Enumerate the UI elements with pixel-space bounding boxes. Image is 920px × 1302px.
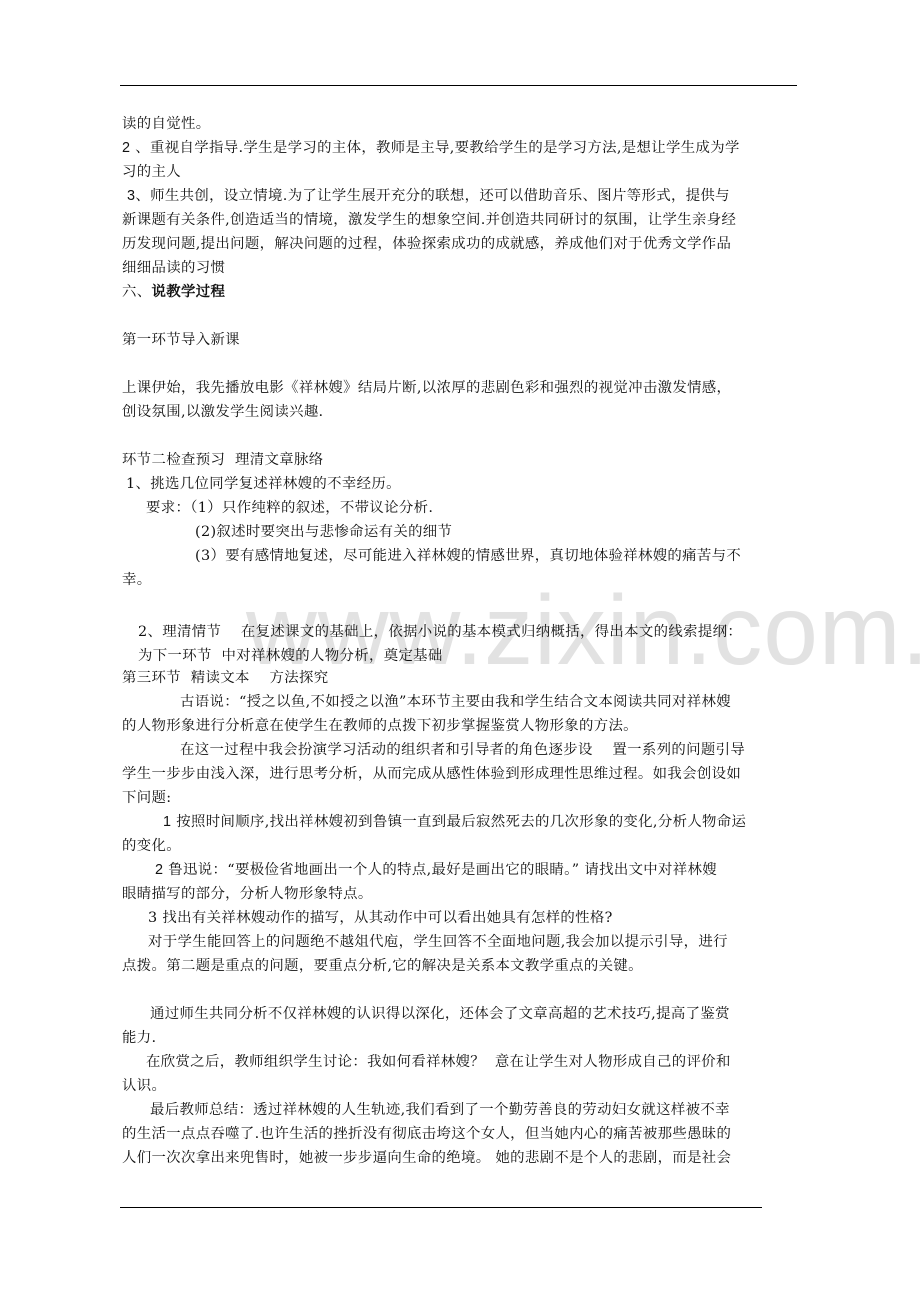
line-text: 的变化。: [122, 838, 181, 854]
line-text: 下问题:: [122, 790, 171, 806]
text-line: 新课题有关条件,创造适当的情境，激发学生的想象空间.并创造共同研讨的氛围，让学生…: [122, 208, 736, 232]
line-text: 在欣赏之后，教师组织学生讨论：我如何看祥林嫂？ 意在让学生对人物形成自己的评价和: [146, 1054, 731, 1070]
line-text: 的人物形象进行分析意在使学生在教师的点拨下初步掌握鉴赏人物形象的方法。: [122, 718, 638, 734]
text-line: 上课伊始，我先播放电影《祥林嫂》结局片断,以浓厚的悲剧色彩和强烈的视觉冲击激发情…: [122, 376, 731, 400]
line-text: 点拨。第二题是重点的问题，要重点分析,它的解决是关系本文教学重点的关键。: [122, 958, 643, 974]
line-text: 的生活一点点吞噬了.也许生活的挫折没有彻底击垮这个女人，但当她内心的痛苦被那些愚…: [122, 1126, 731, 1142]
text-line: 的人物形象进行分析意在使学生在教师的点拨下初步掌握鉴赏人物形象的方法。: [122, 714, 638, 738]
line-text: 1、挑选几位同学复述祥林嫂的不幸经历。: [126, 476, 401, 492]
text-line: 的生活一点点吞噬了.也许生活的挫折没有彻底击垮这个女人，但当她内心的痛苦被那些愚…: [122, 1122, 731, 1146]
text-line: 最后教师总结：透过祥林嫂的人生轨迹,我们看到了一个勤劳善良的劳动妇女就这样被不幸: [150, 1098, 730, 1122]
line-text: (3）要有感情地复述，尽可能进入祥林嫂的情感世界，真切地体验祥林嫂的痛苦与不: [195, 548, 741, 564]
line-text: 为下一环节 中对祥林嫂的人物分析，奠定基础: [138, 648, 443, 664]
text-line: 3、师生共创，设立情境.为了让学生展开充分的联想，还可以借助音乐、图片等形式，提…: [127, 184, 730, 208]
text-line: 古语说：“授之以鱼,不如授之以渔”本环节主要由我和学生结合文本阅读共同对祥林嫂: [180, 690, 731, 714]
line-text: 最后教师总结：透过祥林嫂的人生轨迹,我们看到了一个勤劳善良的劳动妇女就这样被不幸: [150, 1102, 730, 1118]
line-text: 3 找出有关祥林嫂动作的描写，从其动作中可以看出她具有怎样的性格?: [148, 910, 613, 926]
line-text: 创设氛围,以激发学生阅读兴趣.: [122, 404, 323, 420]
line-text: (2)叙述时要突出与悲惨命运有关的细节: [195, 524, 452, 540]
text-line: 眼睛描写的部分，分析人物形象特点。: [122, 882, 373, 906]
line-text: 上课伊始，我先播放电影《祥林嫂》结局片断,以浓厚的悲剧色彩和强烈的视觉冲击激发情…: [122, 380, 731, 396]
line-text: 通过师生共同分析不仅祥林嫂的认识得以深化，还体会了文章高超的艺术技巧,提高了鉴赏: [150, 1006, 730, 1022]
text-line: 对于学生能回答上的问题绝不越俎代庖，学生回答不全面地问题,我会加以提示引导，进行: [148, 930, 728, 954]
line-text: 眼睛描写的部分，分析人物形象特点。: [122, 886, 373, 902]
line-text: 在这一过程中我会扮演学习活动的组织者和引导者的角色逐步设 置一系列的问题引导: [180, 742, 745, 758]
line-text: 习的主人: [122, 164, 181, 180]
text-line: 3 找出有关祥林嫂动作的描写，从其动作中可以看出她具有怎样的性格?: [148, 906, 613, 930]
text-line: 要求：（1）只作纯粹的叙述，不带议论分析.: [146, 496, 433, 520]
document-page: 读的自觉性。2 、重视自学指导.学生是学习的主体，教师是主导,要教给学生的是学习…: [0, 0, 920, 1302]
section-number: 六、: [122, 284, 151, 300]
section-heading: 说教学过程: [151, 283, 225, 300]
text-line: 1 按照时间顺序,找出祥林嫂初到鲁镇一直到最后寂然死去的几次形象的变化,分析人物…: [163, 810, 746, 834]
line-text: 人们一次次拿出来兜售时，她被一步步逼向生命的绝境。 她的悲剧不是个人的悲剧，而是…: [122, 1150, 731, 1166]
line-text: 能力.: [122, 1030, 156, 1046]
text-line: 细细品读的习惯: [122, 256, 225, 280]
text-line: 通过师生共同分析不仅祥林嫂的认识得以深化，还体会了文章高超的艺术技巧,提高了鉴赏: [150, 1002, 730, 1026]
text-line: 第一环节导入新课: [122, 328, 240, 352]
text-line: (2)叙述时要突出与悲惨命运有关的细节: [195, 520, 452, 544]
text-line: 在这一过程中我会扮演学习活动的组织者和引导者的角色逐步设 置一系列的问题引导: [180, 738, 745, 762]
line-text: 细细品读的习惯: [122, 260, 225, 276]
text-line: 1、挑选几位同学复述祥林嫂的不幸经历。: [126, 472, 401, 496]
line-text: 古语说：“授之以鱼,不如授之以渔”本环节主要由我和学生结合文本阅读共同对祥林嫂: [180, 694, 731, 710]
text-line: 的变化。: [122, 834, 181, 858]
footer-rule: [120, 1207, 762, 1208]
line-text: 第一环节导入新课: [122, 332, 240, 348]
text-line: 下问题:: [122, 786, 171, 810]
text-line: 2 、重视自学指导.学生是学习的主体，教师是主导,要教给学生的是学习方法,是想让…: [122, 136, 740, 160]
text-line: 环节二检查预习 理清文章脉络: [122, 448, 323, 472]
line-text: 2、理清情节 在复述课文的基础上，依据小说的基本模式归纳概括，得出本文的线索提纲…: [138, 624, 742, 640]
text-line: 人们一次次拿出来兜售时，她被一步步逼向生命的绝境。 她的悲剧不是个人的悲剧，而是…: [122, 1146, 731, 1170]
text-line: (3）要有感情地复述，尽可能进入祥林嫂的情感世界，真切地体验祥林嫂的痛苦与不: [195, 544, 741, 568]
line-text: 、重视自学指导.学生是学习的主体，教师是主导,要教给学生的是学习方法,是想让学生…: [130, 140, 739, 156]
line-text: 对于学生能回答上的问题绝不越俎代庖，学生回答不全面地问题,我会加以提示引导，进行: [148, 934, 728, 950]
line-text: 读的自觉性。: [122, 116, 210, 132]
line-text: 新课题有关条件,创造适当的情境，激发学生的想象空间.并创造共同研讨的氛围，让学生…: [122, 212, 736, 228]
text-line: 能力.: [122, 1026, 156, 1050]
line-text: 按照时间顺序,找出祥林嫂初到鲁镇一直到最后寂然死去的几次形象的变化,分析人物命运: [171, 814, 746, 830]
text-line: 2、理清情节 在复述课文的基础上，依据小说的基本模式归纳概括，得出本文的线索提纲…: [138, 620, 742, 644]
text-line: 第三环节 精读文本 方法探究: [122, 666, 328, 690]
text-line: 创设氛围,以激发学生阅读兴趣.: [122, 400, 323, 424]
line-text: 鲁迅说：“要极俭省地画出一个人的特点,最好是画出它的眼睛。” 请找出文中对祥林嫂: [163, 862, 717, 878]
line-text: 学生一步步由浅入深，进行思考分析，从而完成从感性体验到形成理性思维过程。如我会创…: [122, 766, 741, 782]
text-line: 2 鲁迅说：“要极俭省地画出一个人的特点,最好是画出它的眼睛。” 请找出文中对祥…: [155, 858, 717, 882]
line-text: 幸。: [122, 572, 151, 588]
line-text: 第三环节 精读文本 方法探究: [122, 670, 328, 686]
line-text: 要求：（1）只作纯粹的叙述，不带议论分析.: [146, 500, 433, 516]
text-line: 学生一步步由浅入深，进行思考分析，从而完成从感性体验到形成理性思维过程。如我会创…: [122, 762, 741, 786]
line-text: 环节二检查预习 理清文章脉络: [122, 452, 323, 468]
text-line: 六、说教学过程: [122, 280, 225, 304]
text-line: 为下一环节 中对祥林嫂的人物分析，奠定基础: [138, 644, 443, 668]
text-line: 读的自觉性。: [122, 112, 210, 136]
line-text: 历发现问题,提出问题，解决问题的过程，体验探索成功的成就感，养成他们对于优秀文学…: [122, 236, 731, 252]
text-line: 习的主人: [122, 160, 181, 184]
text-line: 幸。: [122, 568, 151, 592]
text-line: 点拨。第二题是重点的问题，要重点分析,它的解决是关系本文教学重点的关键。: [122, 954, 643, 978]
header-rule: [120, 85, 797, 86]
line-text: 、师生共创，设立情境.为了让学生展开充分的联想，还可以借助音乐、图片等形式，提供…: [135, 188, 730, 204]
text-line: 在欣赏之后，教师组织学生讨论：我如何看祥林嫂？ 意在让学生对人物形成自己的评价和: [146, 1050, 731, 1074]
line-text: 认识。: [122, 1078, 166, 1094]
text-line: 历发现问题,提出问题，解决问题的过程，体验探索成功的成就感，养成他们对于优秀文学…: [122, 232, 731, 256]
text-line: 认识。: [122, 1074, 166, 1098]
